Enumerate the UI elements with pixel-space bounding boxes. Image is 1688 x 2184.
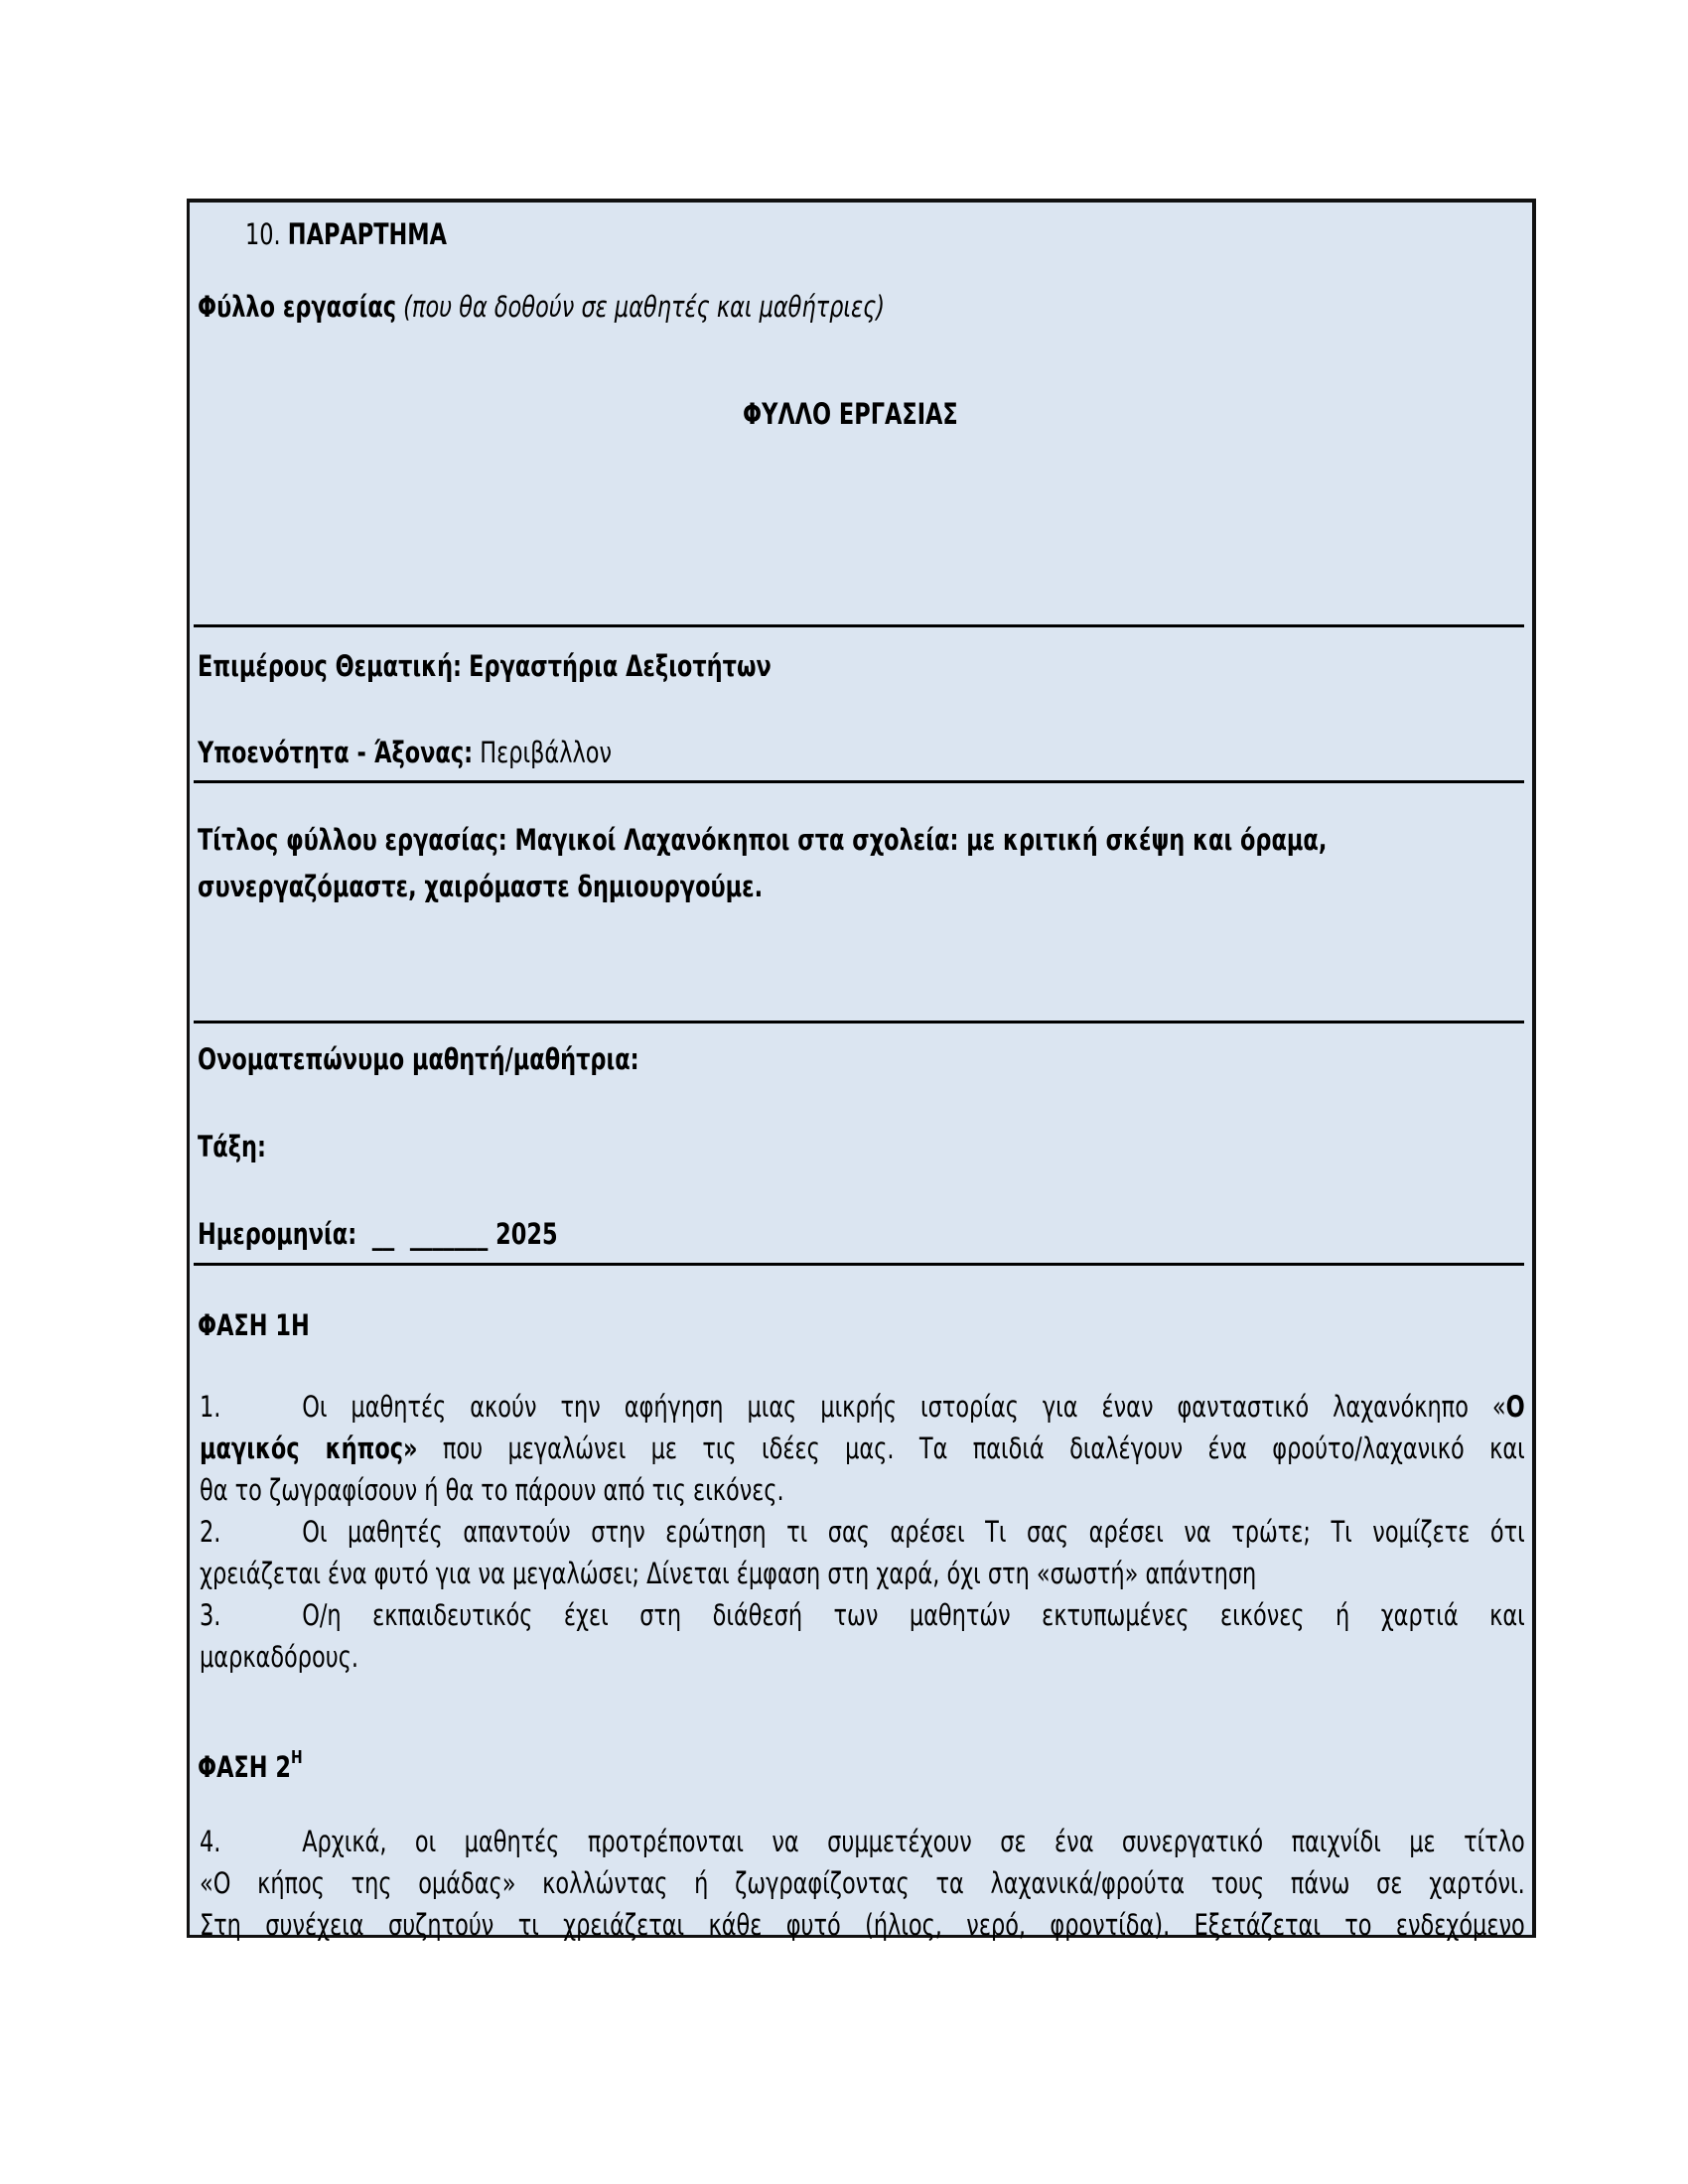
phase1-heading: ΦΑΣΗ 1Η: [198, 1308, 310, 1342]
appendix-number: 10.: [245, 217, 281, 251]
divider: [194, 780, 1524, 783]
worksheet-frame: 10. ΠΑΡΑΡΤΗΜΑ Φύλλο εργασίας (που θα δοθ…: [187, 199, 1536, 1938]
date-year: 2025: [495, 1217, 557, 1251]
worksheet-heading: ΦΥΛΛΟ ΕΡΓΑΣΙΑΣ: [743, 397, 958, 431]
item-text: Στη συνέχεια συζητούν τι χρειάζεται κάθε…: [200, 1908, 1525, 1942]
list-item-continued: Στη συνέχεια συζητούν τι χρειάζεται κάθε…: [200, 1904, 1525, 1946]
student-name-label: Ονοματεπώνυμο μαθητή/μαθήτρια:: [198, 1042, 639, 1076]
phase2-heading-sup: Η: [291, 1747, 303, 1768]
list-item: 1.Οι μαθητές ακούν την αφήγηση μιας μικρ…: [200, 1386, 1525, 1428]
list-item: 4.Αρχικά, οι μαθητές προτρέπονται να συμ…: [200, 1821, 1525, 1862]
item-text: Ο/η εκπαιδευτικός έχει στη διάθεσή των μ…: [302, 1598, 1525, 1632]
item-text: Οι μαθητές απαντούν στην ερώτηση τι σας …: [302, 1515, 1525, 1549]
phase1-list: 1.Οι μαθητές ακούν την αφήγηση μιας μικρ…: [200, 1386, 1525, 1678]
list-item-continued: μαγικός κήπος» που μεγαλώνει με τις ιδέε…: [200, 1428, 1525, 1469]
list-item-continued: χρειάζεται ένα φυτό για να μεγαλώσει; Δί…: [200, 1553, 1525, 1594]
phase2-heading-text: ΦΑΣΗ 2: [198, 1750, 291, 1784]
date-day-blank[interactable]: __: [372, 1217, 394, 1251]
worksheet-title-line2: συνεργαζόμαστε, χαιρόμαστε δημιουργούμε.: [198, 870, 763, 903]
thematic-line: Επιμέρους Θεματική: Εργαστήρια Δεξιοτήτω…: [198, 649, 772, 683]
date-label: Ημερομηνία:: [198, 1217, 356, 1251]
list-item: 3.Ο/η εκπαιδευτικός έχει στη διάθεσή των…: [200, 1594, 1525, 1636]
worksheet-title-line1: Τίτλος φύλλου εργασίας: Μαγικοί Λαχανόκη…: [198, 823, 1327, 857]
class-label: Τάξη:: [198, 1130, 266, 1163]
worksheet-intro-note: (που θα δοθούν σε μαθητές και μαθήτριες): [403, 290, 885, 324]
divider: [194, 624, 1524, 627]
date-line: Ημερομηνία: __ _______ 2025: [198, 1217, 558, 1251]
item-number: 1.: [200, 1386, 302, 1428]
item-text: θα το ζωγραφίσουν ή θα το πάρουν από τις…: [200, 1473, 784, 1507]
item-emphasis: μαγικός κήπος»: [200, 1432, 418, 1465]
item-text: μαρκαδόρους.: [200, 1640, 358, 1674]
list-item-continued: μαρκαδόρους.: [200, 1636, 1525, 1678]
item-number: 2.: [200, 1511, 302, 1553]
subunit-line: Υποενότητα - Άξονας: Περιβάλλον: [198, 736, 612, 769]
thematic-value: Εργαστήρια Δεξιοτήτων: [469, 649, 772, 683]
appendix-title: ΠΑΡΑΡΤΗΜΑ: [288, 217, 447, 251]
list-item: 2.Οι μαθητές απαντούν στην ερώτηση τι σα…: [200, 1511, 1525, 1553]
worksheet-intro: Φύλλο εργασίας (που θα δοθούν σε μαθητές…: [198, 290, 885, 324]
item-text: Οι μαθητές ακούν την αφήγηση μιας μικρής…: [302, 1390, 1505, 1424]
thematic-label: Επιμέρους Θεματική:: [198, 649, 462, 683]
appendix-heading: 10. ΠΑΡΑΡΤΗΜΑ: [245, 217, 447, 251]
phase2-list: 4.Αρχικά, οι μαθητές προτρέπονται να συμ…: [200, 1821, 1525, 1946]
list-item-continued: «Ο κήπος της ομάδας» κολλώντας ή ζωγραφί…: [200, 1862, 1525, 1904]
item-text: χρειάζεται ένα φυτό για να μεγαλώσει; Δί…: [200, 1557, 1256, 1590]
worksheet-intro-label: Φύλλο εργασίας: [198, 290, 396, 324]
phase2-heading: ΦΑΣΗ 2Η: [198, 1741, 303, 1784]
subunit-value: Περιβάλλον: [480, 736, 612, 769]
item-number: 3.: [200, 1594, 302, 1636]
item-text: «Ο κήπος της ομάδας» κολλώντας ή ζωγραφί…: [200, 1866, 1525, 1900]
divider: [194, 1263, 1524, 1266]
item-emphasis: Ο: [1506, 1390, 1525, 1424]
list-item-continued: θα το ζωγραφίσουν ή θα το πάρουν από τις…: [200, 1469, 1525, 1511]
item-text: Αρχικά, οι μαθητές προτρέπονται να συμμε…: [302, 1825, 1525, 1858]
subunit-label: Υποενότητα - Άξονας:: [198, 736, 473, 769]
divider: [194, 1021, 1524, 1024]
item-number: 4.: [200, 1821, 302, 1862]
date-month-blank[interactable]: _______: [410, 1217, 489, 1251]
item-text: που μεγαλώνει με τις ιδέες μας. Τα παιδι…: [418, 1432, 1525, 1465]
